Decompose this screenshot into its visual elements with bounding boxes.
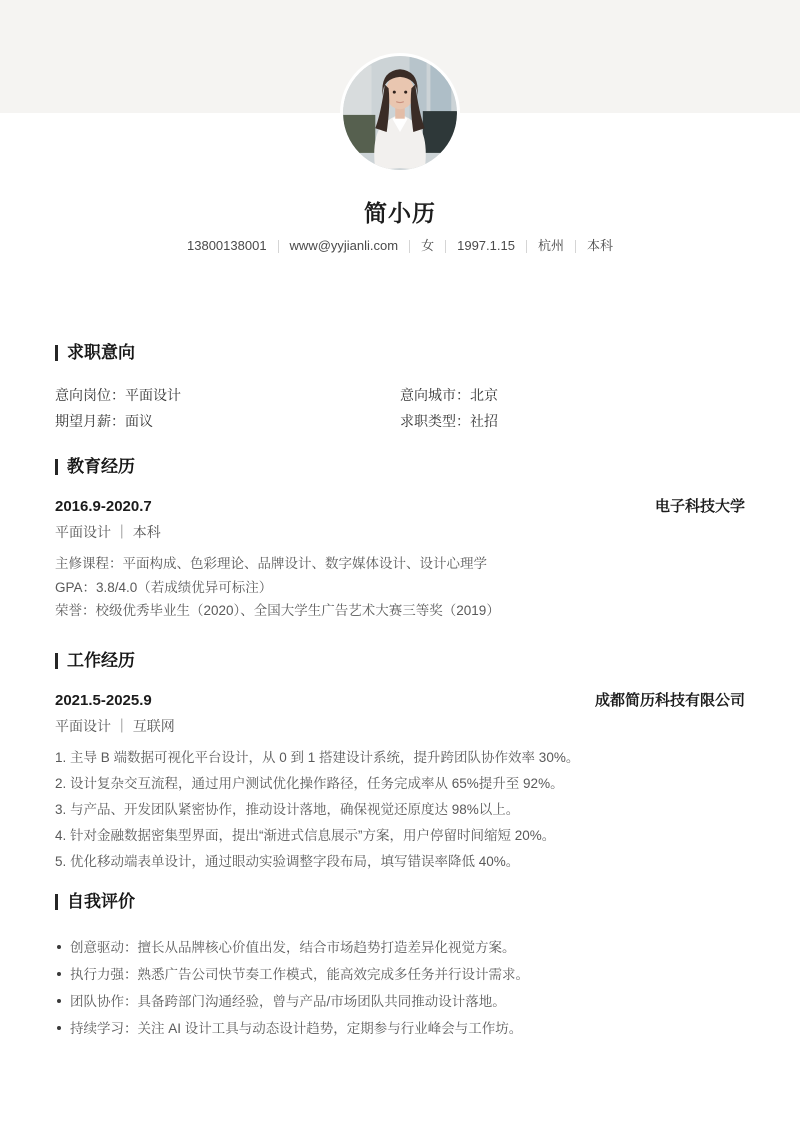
contact-divider <box>526 240 527 253</box>
field-value: 社招 <box>470 411 498 431</box>
bullet-dot-icon <box>57 945 61 949</box>
section-title: 教育经历 <box>67 457 135 477</box>
self-evaluation-text: 创意驱动：擅长从品牌核心价值出发，结合市场趋势打造差异化视觉方案。 <box>70 940 516 955</box>
section-job-intention: 求职意向 意向岗位： 平面设计 意向城市： 北京 期望月薪： 面议 求职类型： … <box>55 343 745 431</box>
candidate-name: 简小历 <box>0 198 800 228</box>
work-achievement-item: 与产品、开发团队紧密协作，推动设计落地，确保视觉还原度达 98%以上。 <box>55 797 745 823</box>
education-courses: 主修课程：平面构成、色彩理论、品牌设计、数字媒体设计、设计心理学 <box>55 552 745 576</box>
section-header: 自我评价 <box>55 892 745 912</box>
contact-divider <box>445 240 446 253</box>
self-evaluation-item: 执行力强：熟悉广告公司快节奏工作模式，能高效完成多任务并行设计需求。 <box>55 961 745 988</box>
education-details: 主修课程：平面构成、色彩理论、品牌设计、数字媒体设计、设计心理学 GPA：3.8… <box>55 552 745 623</box>
field-expected-salary: 期望月薪： 面议 <box>55 411 400 431</box>
section-education: 教育经历 2016.9-2020.7 电子科技大学 平面设计 ｜ 本科 主修课程… <box>55 457 745 623</box>
field-label: 期望月薪： <box>55 411 125 431</box>
contact-phone: 13800138001 <box>187 238 267 254</box>
contact-gender: 女 <box>421 238 434 254</box>
education-heading-row: 2016.9-2020.7 电子科技大学 <box>55 497 745 517</box>
contact-divider <box>575 240 576 253</box>
section-accent-bar <box>55 653 58 669</box>
field-target-position: 意向岗位： 平面设计 <box>55 385 400 405</box>
self-evaluation-text: 团队协作：具备跨部门沟通经验，曾与产品/市场团队共同推动设计落地。 <box>70 994 506 1009</box>
work-achievement-item: 主导 B 端数据可视化平台设计，从 0 到 1 搭建设计系统，提升跨团队协作效率… <box>55 745 745 771</box>
section-accent-bar <box>55 345 58 361</box>
contact-city: 杭州 <box>538 238 564 254</box>
section-header: 求职意向 <box>55 343 745 363</box>
field-label: 意向城市： <box>400 385 470 405</box>
bullet-dot-icon <box>57 972 61 976</box>
education-subtitle: 平面设计 ｜ 本科 <box>55 522 745 542</box>
work-subtitle: 平面设计 ｜ 互联网 <box>55 716 745 736</box>
section-accent-bar <box>55 894 58 910</box>
contact-divider <box>409 240 410 253</box>
field-job-type: 求职类型： 社招 <box>400 411 745 431</box>
profile-photo <box>340 53 460 173</box>
section-header: 工作经历 <box>55 651 745 671</box>
field-label: 意向岗位： <box>55 385 125 405</box>
resume-body: 求职意向 意向岗位： 平面设计 意向城市： 北京 期望月薪： 面议 求职类型： … <box>0 343 800 1042</box>
work-heading-row: 2021.5-2025.9 成都简历科技有限公司 <box>55 691 745 711</box>
self-evaluation-item: 团队协作：具备跨部门沟通经验，曾与产品/市场团队共同推动设计落地。 <box>55 988 745 1015</box>
field-value: 平面设计 <box>125 385 181 405</box>
contact-birthday: 1997.1.15 <box>457 238 515 254</box>
bullet-dot-icon <box>57 999 61 1003</box>
intention-fields: 意向岗位： 平面设计 意向城市： 北京 期望月薪： 面议 求职类型： 社招 <box>55 385 745 431</box>
education-period: 2016.9-2020.7 <box>55 497 152 517</box>
field-target-city: 意向城市： 北京 <box>400 385 745 405</box>
section-title: 求职意向 <box>67 343 135 363</box>
self-evaluation-item: 创意驱动：擅长从品牌核心价值出发，结合市场趋势打造差异化视觉方案。 <box>55 934 745 961</box>
section-header: 教育经历 <box>55 457 745 477</box>
contact-degree: 本科 <box>587 238 613 254</box>
profile-photo-illustration <box>343 56 457 170</box>
section-self-evaluation: 自我评价 创意驱动：擅长从品牌核心价值出发，结合市场趋势打造差异化视觉方案。 执… <box>55 892 745 1042</box>
work-achievement-item: 优化移动端表单设计，通过眼动实验调整字段布局，填写错误率降低 40%。 <box>55 849 745 875</box>
field-label: 求职类型： <box>400 411 470 431</box>
self-evaluation-text: 执行力强：熟悉广告公司快节奏工作模式，能高效完成多任务并行设计需求。 <box>70 967 529 982</box>
work-company: 成都简历科技有限公司 <box>595 691 745 711</box>
bullet-dot-icon <box>57 1026 61 1030</box>
work-achievement-list: 主导 B 端数据可视化平台设计，从 0 到 1 搭建设计系统，提升跨团队协作效率… <box>55 745 745 875</box>
section-accent-bar <box>55 459 58 475</box>
self-evaluation-text: 持续学习：关注 AI 设计工具与动态设计趋势，定期参与行业峰会与工作坊。 <box>70 1021 522 1036</box>
contact-divider <box>278 240 279 253</box>
education-school: 电子科技大学 <box>655 497 745 517</box>
work-period: 2021.5-2025.9 <box>55 691 152 711</box>
self-evaluation-item: 持续学习：关注 AI 设计工具与动态设计趋势，定期参与行业峰会与工作坊。 <box>55 1015 745 1042</box>
education-honors: 荣誉：校级优秀毕业生（2020）、全国大学生广告艺术大赛三等奖（2019） <box>55 599 745 623</box>
self-evaluation-list: 创意驱动：擅长从品牌核心价值出发，结合市场趋势打造差异化视觉方案。 执行力强：熟… <box>55 934 745 1042</box>
section-title: 工作经历 <box>67 651 135 671</box>
contact-line: 13800138001 www@yyjianli.com 女 1997.1.15… <box>0 238 800 254</box>
section-work-experience: 工作经历 2021.5-2025.9 成都简历科技有限公司 平面设计 ｜ 互联网… <box>55 651 745 875</box>
work-achievement-item: 针对金融数据密集型界面，提出“渐进式信息展示”方案，用户停留时间缩短 20%。 <box>55 823 745 849</box>
contact-email: www@yyjianli.com <box>290 238 399 254</box>
field-value: 面议 <box>125 411 153 431</box>
field-value: 北京 <box>470 385 498 405</box>
section-title: 自我评价 <box>67 892 135 912</box>
work-achievement-item: 设计复杂交互流程，通过用户测试优化操作路径，任务完成率从 65%提升至 92%。 <box>55 771 745 797</box>
education-gpa: GPA：3.8/4.0（若成绩优异可标注） <box>55 576 745 600</box>
